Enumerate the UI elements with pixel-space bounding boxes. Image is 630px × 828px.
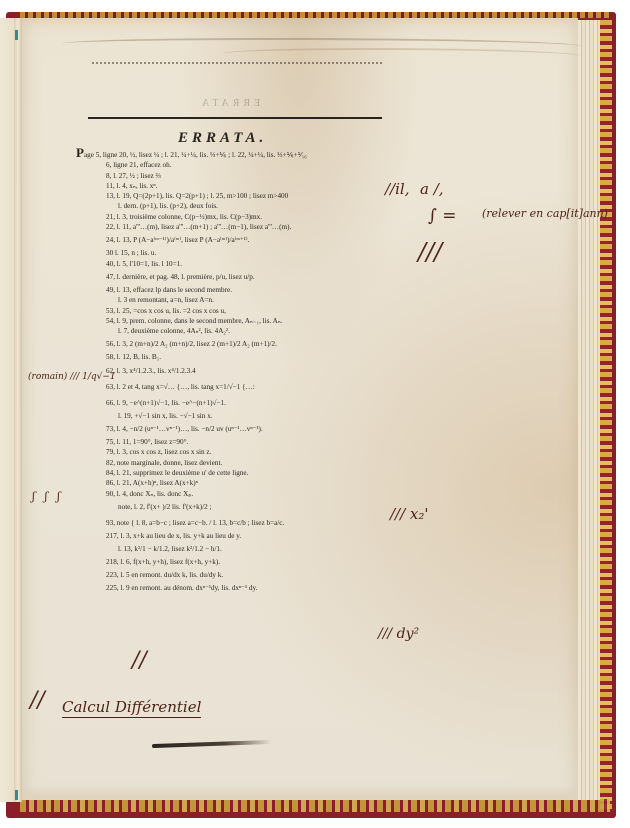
manuscript-strike-mark: // bbox=[30, 688, 45, 713]
manuscript-annotation: /// bbox=[418, 238, 442, 266]
manuscript-annotation: (relever en cap[it]ann) bbox=[482, 208, 608, 220]
errata-entry: 217, l. 3, x+k au lieu de x, lis. y+k au… bbox=[76, 531, 376, 541]
errata-entry: 21, l. 3, troisième colonne, C(p−½)mx, l… bbox=[76, 212, 376, 222]
errata-entry: note, l. 2, f'(x+ )/2 lis. f'(x+k)/2 ; bbox=[76, 499, 376, 515]
errata-entry: 58, l. 12, B, lis. B₁. bbox=[76, 352, 376, 362]
errata-entry: 218, l. 6, f(x+h, y+h), lisez f(x+h, y+k… bbox=[76, 557, 376, 567]
manuscript-annotation: ∫ = bbox=[428, 206, 457, 226]
errata-entry: 62, l. 3, x⁴/1.2.3., lis. x⁴/1.2.3.4 bbox=[76, 363, 376, 379]
gilt-border-right bbox=[600, 20, 612, 810]
errata-entry: 8, l. 27, ½ ; lisez ⅔ bbox=[76, 171, 376, 181]
errata-entry: l. 7, deuxième colonne, 4Aₙ², lis. 4A₂². bbox=[76, 326, 376, 336]
errata-entry: 24, l. 13, P (A−a⁽ᵐ⁻¹⁾)/a⁽ᵐ⁾, lisez P (A… bbox=[76, 232, 376, 248]
errata-entry: 93, note { l. 8, a=b−c ; lisez a=c−b. / … bbox=[76, 515, 376, 531]
gilt-border-bottom bbox=[20, 799, 610, 812]
errata-entry: 56, l. 3, 2 (m+n)/2 A₂ (m+n)/2, lisez 2 … bbox=[76, 336, 376, 352]
errata-entry: Page 5, ligne 20, ½, lisez ¼ ; l. 21, ¼+… bbox=[76, 148, 376, 160]
errata-entry: 75, l. 11, 1=90°, lisez z=90°. bbox=[76, 437, 376, 447]
bleed-through-rule bbox=[92, 62, 382, 64]
errata-entry: 22, l. 11, a'''…(m), lisez a'''…(m+1) ; … bbox=[76, 222, 376, 232]
errata-entry: 40, l. 5, l'10=1, lis. l 10=1. bbox=[76, 259, 376, 269]
errata-entry: 225, l. 9 en remont. au dénom. dxⁿ⁻¹dy, … bbox=[76, 583, 376, 593]
errata-entry: 6, ligne 21, effacez oh. bbox=[76, 160, 376, 170]
errata-entry: 53, l. 25, =cos x cos u, lis. =2 cos x c… bbox=[76, 306, 376, 316]
errata-list: Page 5, ligne 20, ½, lisez ¼ ; l. 21, ¼+… bbox=[76, 148, 376, 594]
errata-entry: 86, l. 21, A(x+h)ⁿ, lisez A(x+k)ⁿ bbox=[76, 478, 376, 488]
errata-entry: 30 l. 15, n ; lis. u. bbox=[76, 248, 376, 258]
errata-entry: 223, l. 5 en remont. du/dx k, lis. du/dy… bbox=[76, 567, 376, 583]
manuscript-annotation: (romain) /// 1/q√−1 bbox=[28, 372, 116, 383]
errata-entry: 63, l. 2 et 4, tang x=√… {…, lis. tang x… bbox=[76, 379, 376, 395]
water-stain bbox=[222, 48, 582, 62]
errata-entry: 49, l. 13, effacez lp dans le second mem… bbox=[76, 285, 376, 295]
errata-entry: 11, l. 4, xₙ, lis. xⁿ. bbox=[76, 181, 376, 191]
errata-entry: l. dern. (p+1), lis. (p+2), deux fois. bbox=[76, 201, 376, 211]
manuscript-strike-mark: //il, bbox=[385, 180, 409, 198]
errata-entry: 90, l. 4, donc Xₙ, lis. donc Xₚ. bbox=[76, 489, 376, 499]
errata-entry: 13, l. 19, Q=(2p+1), lis. Q=2(p+1) ; l. … bbox=[76, 191, 376, 201]
errata-entry: 73, l. 4, −n/2 (uⁿ⁻¹…vⁿ⁻¹)…, lis. −n/2 u… bbox=[76, 421, 376, 437]
errata-entry: 82, note marginale, donne, lisez devient… bbox=[76, 458, 376, 468]
page-bottom-edge bbox=[22, 786, 578, 800]
errata-entry: 84, l. 21, supprimez le deuxième u' de c… bbox=[76, 468, 376, 478]
errata-entry: 79, l. 3, cos x cos z, lisez cos x sin z… bbox=[76, 447, 376, 457]
page-title: ERRATA. bbox=[178, 130, 267, 147]
errata-entry: l. 19, +√−1 sin x, lis. −√−1 sin x. bbox=[76, 411, 376, 421]
manuscript-strike-mark: // bbox=[132, 648, 147, 673]
errata-entry: l. 13, k²/1 − k/1.2, lisez k²/1.2 − h/1. bbox=[76, 541, 376, 557]
errata-entry: l. 3 en remontant, a=n, lisez A=n. bbox=[76, 295, 376, 305]
binding-thread bbox=[15, 30, 18, 40]
errata-entry: 54, l. 9, prem. colonne, dans le second … bbox=[76, 316, 376, 326]
bleed-through-title: ERRATA bbox=[198, 98, 260, 109]
manuscript-annotation: ʃ ʃ ʃ bbox=[32, 490, 63, 503]
manuscript-annotation: a /, bbox=[420, 180, 444, 198]
manuscript-annotation: /// x₂' bbox=[390, 505, 429, 523]
errata-entry: 47, l. dernière, et pag. 48, l. première… bbox=[76, 269, 376, 285]
manuscript-annotation: /// dy² bbox=[378, 626, 419, 642]
spine-gutter bbox=[14, 18, 22, 802]
title-rule bbox=[88, 117, 382, 119]
manuscript-title: Calcul Différentiel bbox=[62, 698, 201, 718]
errata-entry: 66, l. 9, −e^(n+1)√−1, lis. −e^−(n+1)√−1… bbox=[76, 395, 376, 411]
binding-thread bbox=[15, 790, 18, 800]
